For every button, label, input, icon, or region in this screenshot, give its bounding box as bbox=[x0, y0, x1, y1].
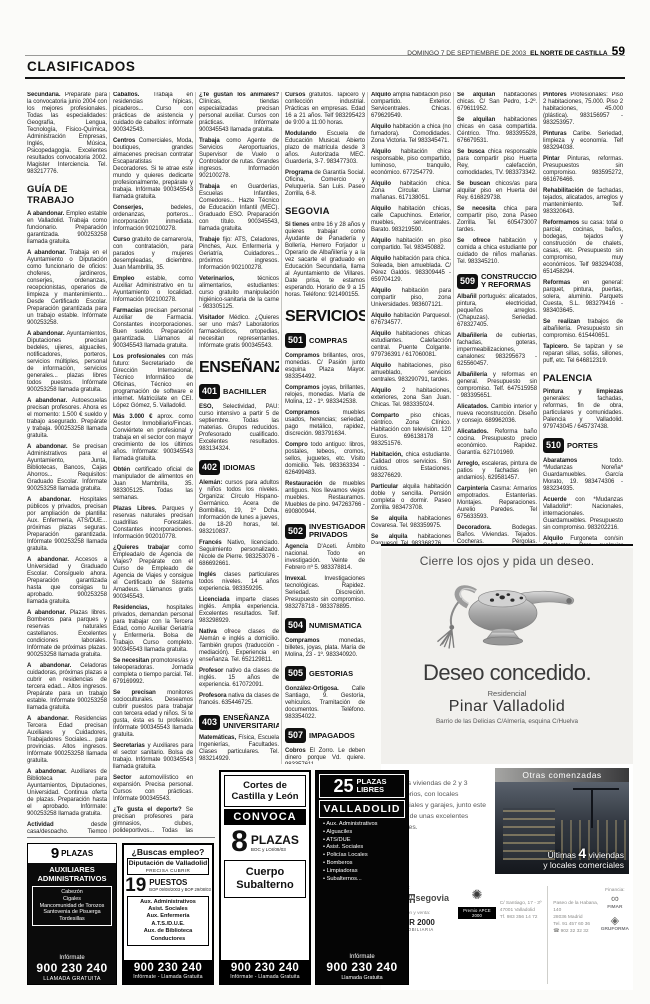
classified-ad: Farmacias precisan personal Auxiliar de … bbox=[113, 308, 193, 350]
ad1-count: 9 bbox=[51, 845, 59, 862]
gruforma-logo-icon: ◈ bbox=[601, 915, 629, 927]
ad-lead-word: A abandonar. bbox=[27, 557, 75, 563]
ad-lead-word: Particular bbox=[371, 484, 403, 490]
ad-lead-word: A abandonar. bbox=[27, 497, 79, 503]
ad-lead-word: ¿Te gusta el deporte? bbox=[113, 807, 186, 813]
ad-lead-word: Alquilo bbox=[371, 238, 396, 244]
ad-lead-word: Albañilería bbox=[457, 333, 496, 339]
address-line: Paseo de la Habana, 140 bbox=[553, 900, 600, 914]
job-ad-diputacion: ¿Buscas empleo? Diputación de Valladolid… bbox=[122, 843, 214, 985]
ad3-boc: BOC y LOI/09/03 bbox=[251, 847, 299, 852]
classified-ad: Rehabilitación de fachadas, tejados, ali… bbox=[543, 188, 623, 216]
job-ad-cortes: Cortes de Castilla y León CONVOCA 8 PLAZ… bbox=[219, 770, 311, 985]
column-rule bbox=[281, 92, 282, 764]
classified-ad: Se precisan monitores socioculturales. D… bbox=[113, 690, 193, 739]
position-item: Alguaciles bbox=[323, 829, 408, 837]
ad1-free-call: LLAMADA GRATUITA bbox=[28, 975, 116, 984]
ad-lead-word: Restauración bbox=[285, 481, 329, 487]
classified-column-4: Cursos gratuitos. Tapicero y confección … bbox=[285, 92, 365, 764]
ad-lead-word: A abandonar. bbox=[27, 716, 75, 722]
pinar-residencial-label: Residencial bbox=[381, 689, 633, 698]
category-badge-401: 401BACHILLER bbox=[199, 384, 279, 399]
ad-lead-word: Se precisan bbox=[113, 690, 167, 696]
ad-lead-word: Más 3.000 € bbox=[113, 414, 157, 420]
classified-ad: A abandonar. Trabaja en el Ayuntamiento … bbox=[27, 250, 107, 327]
ad-lead-word: A abandonar. bbox=[27, 211, 66, 217]
ad-lead-word: Alquilo bbox=[371, 256, 393, 262]
ad-lead-word: Se necesita bbox=[457, 206, 504, 212]
ad4-count: 25 bbox=[333, 777, 353, 795]
ad-lead-word: Compramos bbox=[285, 410, 343, 416]
position-item: Subalternos... bbox=[323, 876, 408, 884]
classified-ad: Alicatados. Cambio interior y nueva reco… bbox=[457, 404, 537, 425]
address-line: Tf. 983 356 14 72 bbox=[500, 914, 547, 921]
ad-lead-word: Alquilo bbox=[543, 536, 570, 542]
classified-ad: Licenciada imparte clases inglés. Amplia… bbox=[199, 597, 279, 625]
classified-ad: Albañilería y reformas en general. Presu… bbox=[457, 372, 537, 400]
ad-lead-word: Visitador bbox=[199, 315, 229, 321]
ad-lead-word: Alicatados. bbox=[457, 404, 491, 410]
classified-ad: Decoradora. Bodegas. Baños. Viviendas. T… bbox=[457, 525, 537, 544]
classified-ad: Trabaje fijo: ATS, Celadores, Pinches, A… bbox=[199, 237, 279, 272]
ad-lead-word: Arreglo, bbox=[457, 461, 482, 467]
classified-ad: Centros Comerciales, Moda, boutiques, gr… bbox=[113, 138, 193, 201]
ad-lead-word: Veterinarios, bbox=[199, 276, 257, 282]
position-item: Aux. Administrativos bbox=[128, 899, 208, 906]
classified-ad: Compramos joyas, brillantes, relojes, mo… bbox=[285, 385, 365, 406]
ad-lead-word: Secretarias bbox=[113, 743, 148, 749]
ad-lead-word: Se necesitan bbox=[113, 658, 151, 664]
fimar-logo-icon: ∞ bbox=[601, 893, 629, 905]
address-line: C/ Santiago, 17 - 3º bbox=[500, 900, 547, 907]
ad-lead-word: Albañilería bbox=[457, 372, 493, 378]
classified-ad: Alemán: cursos para adultos y niños todo… bbox=[199, 480, 279, 536]
ad-lead-word: Compramos bbox=[285, 638, 339, 644]
ad-lead-word: Decoradora. bbox=[457, 525, 512, 531]
category-badge-502: 502INVESTIGADORES PRIVADOS bbox=[285, 523, 365, 539]
classified-ad: Se alquilan habitaciones chicas. C/ San … bbox=[457, 92, 537, 113]
gruforma-name: GRUFORMA bbox=[601, 927, 629, 932]
newspaper-page: DOMINGO 7 DE SEPTIEMBRE DE 2003 EL NORTE… bbox=[0, 0, 650, 1004]
classified-ad: Habitación, chica estudiante. Calidad ot… bbox=[371, 452, 451, 480]
classified-ad: Conserjes, bedeles, ordenanzas, porteros… bbox=[113, 205, 193, 233]
ad-lead-word: Abaratamos bbox=[543, 458, 610, 464]
column-rule bbox=[539, 92, 540, 542]
ad-lead-word: Cursos bbox=[285, 92, 309, 98]
ad-lead-word: Comparto bbox=[371, 413, 410, 419]
classified-ad: A abandonar. Ayuntamientos, Diputaciones… bbox=[27, 331, 107, 394]
ad2-question: ¿Buscas empleo? bbox=[124, 845, 212, 858]
ad-lead-word: Cobros bbox=[285, 748, 310, 754]
ad-lead-word: Compramos bbox=[285, 385, 322, 391]
ad-lead-word: A abandonar. bbox=[27, 331, 66, 337]
classified-ad: Alquilo habitación para chica. Soleada, … bbox=[371, 256, 451, 284]
category-badge-501: 501COMPRAS bbox=[285, 333, 365, 348]
classified-column-7: Pintores Profesionales: Piso 2 habitacio… bbox=[543, 92, 623, 544]
classified-ad: Pintar Pinturas, reformas. Presupuestos … bbox=[543, 156, 623, 184]
ad-lead-word: Alicatados. bbox=[457, 429, 495, 435]
position-item: Conductores bbox=[128, 936, 208, 943]
classified-ad: Albañilería de cubiertas, fachadas, gote… bbox=[457, 333, 537, 368]
classified-ad: Secretarias y Auxiliares para el sector … bbox=[113, 743, 193, 771]
classified-ad: A abandonar. Celadoras cuidadoras, próxi… bbox=[27, 663, 107, 712]
ad-lead-word: Rehabilitación bbox=[543, 188, 587, 194]
classified-ad: Visitador Médico. ¿Quieres ser uno más? … bbox=[199, 315, 279, 350]
classified-ad: A abandonar. Hospitales públicos y priva… bbox=[27, 497, 107, 553]
classified-ad: Invexal. Investigaciones tecnológicas. R… bbox=[285, 576, 365, 611]
pinar-ad-top-rule bbox=[381, 544, 633, 546]
ad-lead-word: Se realizan bbox=[543, 319, 588, 325]
ad-lead-word: ESO, bbox=[199, 404, 223, 410]
ad-lead-word: Alquilo bbox=[371, 181, 400, 187]
caption-pre: Últimas bbox=[548, 850, 576, 860]
category-number: 401 bbox=[199, 384, 220, 399]
classified-column-6: Se alquilan habitaciones chicas. C/ San … bbox=[457, 92, 537, 544]
ad-lead-word: Matemáticas, bbox=[199, 735, 238, 741]
classified-ad: Alquilo habitación en piso compartido. T… bbox=[371, 238, 451, 252]
position-item: Limpiadoras bbox=[323, 868, 408, 876]
pinar-logos-row: Promueve: caja segovia Información y ven… bbox=[381, 880, 633, 984]
classified-ad: ESO, Selectividad, PAU: curso intensivo … bbox=[199, 404, 279, 453]
ad1-title: AUXILIARES ADMINISTRATIVOS bbox=[28, 863, 116, 885]
ad-lead-word: Secundaria. bbox=[27, 92, 65, 98]
valladolid-address: C/ Santiago, 17 - 3º47001 ValladolidTf. … bbox=[496, 886, 547, 984]
classified-ad: Agencia D'Aceti. Ámbito nacional. Todo e… bbox=[285, 544, 365, 572]
page-title: CLASIFICADOS bbox=[27, 59, 135, 74]
ad-lead-word: Acuerde bbox=[543, 497, 575, 503]
ad-lead-word: Modulando bbox=[285, 131, 327, 137]
classified-ad: Alquilo habitación a chica (no fumadora)… bbox=[371, 124, 451, 145]
ad4-city: VALLADOLID bbox=[319, 800, 405, 818]
classified-ad: Obtén certificado oficial de manipulador… bbox=[113, 467, 193, 502]
category-number: 504 bbox=[285, 618, 306, 633]
town-item: Mancomunidad de Torozos bbox=[34, 903, 110, 910]
ad-lead-word: Alemán: bbox=[199, 480, 225, 486]
classified-ad: Restauración de muebles antiguos. Nos ll… bbox=[285, 481, 365, 516]
classified-ad: Comparto piso chicas, céntrico. Zona Clí… bbox=[371, 413, 451, 448]
ad-lead-word: A abandonar. bbox=[27, 769, 71, 775]
ad-lead-word: Alquilo bbox=[371, 124, 393, 130]
pinar-ad-top-section: Cierre los ojos y pida un deseo. bbox=[381, 548, 633, 764]
category-badge-403: 403ENSEÑANZA UNIVERSITARIA bbox=[199, 714, 279, 730]
classified-ad: Residencias, hospitales privados, demand… bbox=[113, 605, 193, 654]
address-line: ☎ 902 32 32 32 bbox=[553, 928, 600, 935]
classified-ad: Se realizan trabajos de albañilería. Pre… bbox=[543, 319, 623, 340]
section-header-segovia: SEGOVIA bbox=[285, 206, 365, 217]
ad-lead-word: Compramos bbox=[285, 353, 323, 359]
classified-ad: Se buscan chicos/as para alquilar piso e… bbox=[457, 181, 537, 202]
classified-ad: Compramos brillantes, oros, monedas. C/ … bbox=[285, 353, 365, 381]
category-badge-509: 509CONSTRUCCIONES Y REFORMAS bbox=[457, 273, 537, 289]
section-header-palencia: PALENCIA bbox=[543, 373, 623, 384]
position-item: Asist. Sociales bbox=[128, 906, 208, 913]
classified-ad: Alquilo habitación para compartir piso, … bbox=[371, 288, 451, 309]
position-item: ATS/DUE bbox=[323, 837, 408, 845]
classified-ad: Reformamos su casa: total o parcial, coc… bbox=[543, 220, 623, 276]
classified-ad: Francés Nativo, licenciado. Seguimiento … bbox=[199, 540, 279, 568]
address-line: Tel. 91 457 60 36 bbox=[553, 921, 600, 928]
masthead-rule-top bbox=[25, 55, 625, 56]
category-badge-504: 504NUMISMATICA bbox=[285, 618, 365, 633]
award-label: Premio APCE 2000 bbox=[458, 907, 496, 919]
position-item: Bomberos bbox=[323, 860, 408, 868]
classified-ad: Acuerde con *Mudanzas Valladolid*: Nacio… bbox=[543, 497, 623, 532]
ad4-free-call: Llamada Gratuita bbox=[316, 974, 408, 984]
classified-ad: Trabaja como Agente de Servicios Aeropor… bbox=[199, 138, 279, 180]
ad-lead-word: Compro bbox=[285, 442, 311, 448]
ad-lead-word: Se busca bbox=[457, 149, 488, 155]
classified-ad: Alquilo habitación chicas, calle Capuchi… bbox=[371, 206, 451, 234]
classified-ad: A abandonar. Empleo estable en Valladoli… bbox=[27, 211, 107, 246]
ad-lead-word: Pintar bbox=[543, 156, 567, 162]
classified-ad: Arreglo, escaleras, pintura de patios y … bbox=[457, 461, 537, 482]
classified-ad: Alquilo amplia habitación piso compartid… bbox=[371, 92, 451, 120]
ad-lead-word: Obtén bbox=[113, 467, 135, 473]
job-ad-25-plazas: 25 PLAZAS LIBRES VALLADOLID Aux. Adminis… bbox=[315, 770, 409, 985]
ad-lead-word: Alquilo bbox=[371, 92, 393, 98]
ad-lead-word: Tapicero. bbox=[543, 344, 573, 350]
classified-ad: Se necesita chica para compartir piso, z… bbox=[457, 206, 537, 234]
category-number: 505 bbox=[285, 666, 306, 681]
category-label: GESTORIAS bbox=[309, 670, 353, 678]
category-number: 402 bbox=[199, 460, 220, 475]
photo-caption: Últimas 4 viviendas y locales comerciale… bbox=[543, 849, 624, 870]
section-header-enseñanza: ENSEÑANZA bbox=[199, 359, 279, 377]
genie-lamp-image bbox=[432, 568, 582, 654]
ad-lead-word: Alquilo bbox=[371, 206, 398, 212]
ad3-free-call: Infórmate - Llamada Gratuita bbox=[221, 974, 309, 980]
ad-lead-word: Plazas Libres. bbox=[113, 506, 162, 512]
category-label: BACHILLER bbox=[223, 388, 266, 396]
ad-lead-word: Farmacias bbox=[113, 308, 145, 314]
ad1-count-label: PLAZAS bbox=[61, 849, 93, 858]
category-label: CONSTRUCCIONES Y REFORMAS bbox=[481, 273, 537, 289]
classified-ad: Cobros El Zorro. Le deben dinero porque … bbox=[285, 748, 365, 764]
classified-ad: Se ofrece habitación y comida a chica es… bbox=[457, 238, 537, 266]
ad2-footer: 900 230 240 Infórmate - Llamada Gratuita bbox=[124, 960, 212, 983]
pinar-headline: Cierre los ojos y pida un deseo. bbox=[381, 554, 633, 568]
category-badge-510: 510PORTES bbox=[543, 438, 623, 453]
others-started-label: Otras comenzadas bbox=[495, 768, 629, 782]
ad3-count-row: 8 PLAZAS BOC y LOI/09/03 bbox=[221, 825, 309, 858]
section-header-servicios: SERVICIOS bbox=[285, 308, 365, 326]
classified-ad: Alquilo 2 habitaciones, exteriores, zona… bbox=[371, 388, 451, 409]
pinar-wish-text: Deseo concedido. bbox=[381, 660, 633, 686]
ad4-position-list: Aux. AdministrativosAlguacilesATS/DUEAsi… bbox=[316, 818, 408, 883]
pinar-location: Barrio de las Delicias C/Almería, esquin… bbox=[381, 718, 633, 725]
classified-ad: Particular alquila habitación doble y se… bbox=[371, 484, 451, 512]
ad-lead-word: Sector bbox=[113, 775, 139, 781]
ad3-body: Cuerpo Subalterno bbox=[224, 860, 306, 898]
position-item: A.T.S./D.U.E. bbox=[128, 921, 208, 928]
classified-ad: Abaratamos todo. *Mudanzas Noreña* Guard… bbox=[543, 458, 623, 493]
classified-column-5: Alquilo amplia habitación piso compartid… bbox=[371, 92, 451, 544]
ad-lead-word: Se buscan bbox=[457, 181, 495, 187]
classified-ad: Reformas en general: parquet, pintura, p… bbox=[543, 280, 623, 315]
address-line: 28036 Madrid bbox=[553, 914, 600, 921]
classified-ad: ¿Quieres trabajar como Empleada/o de Age… bbox=[113, 545, 193, 601]
building-photo: Últimas 4 viviendas y locales comerciale… bbox=[495, 782, 629, 874]
classified-ad: ¿Te gusta el deporte? Se precisan profes… bbox=[113, 807, 193, 833]
classified-ad: Profesora nativa da clases de francés. 6… bbox=[199, 693, 279, 707]
classified-ad: Se necesitan promotores/as y teleoperado… bbox=[113, 658, 193, 686]
ad-lead-word: Inglés bbox=[199, 572, 224, 578]
ad-lead-word: Curso bbox=[113, 237, 132, 243]
ad-lead-word: Se alquilan bbox=[457, 117, 504, 123]
ad-lead-word: Trabaje bbox=[199, 237, 223, 243]
column-rule bbox=[109, 92, 110, 833]
ad-lead-word: Actividad bbox=[27, 822, 91, 828]
classified-ad: Veterinarios, técnicos alimentarios, est… bbox=[199, 276, 279, 311]
ad-lead-word: Conserjes, bbox=[113, 205, 171, 211]
award-block: ✺ Premio APCE 2000 bbox=[458, 886, 496, 984]
ad-lead-word: González-Ortigosa. bbox=[285, 686, 352, 692]
classified-ad: Se alquila habitaciones Covaresa. Tel. 9… bbox=[371, 516, 451, 530]
ad-lead-word: Alquilo bbox=[371, 363, 398, 369]
classified-ad: Más 3.000 € aprox. como Gestor Inmobilia… bbox=[113, 414, 193, 463]
ad-lead-word: Residencias, bbox=[113, 605, 166, 611]
category-badge-505: 505GESTORIAS bbox=[285, 666, 365, 681]
pinar-name: Pinar Valladolid bbox=[381, 698, 633, 716]
ad-lead-word: A abandonar. bbox=[27, 610, 70, 616]
ad2-count: 19 bbox=[125, 876, 146, 895]
ad-lead-word: A abandonar. bbox=[27, 398, 72, 404]
ad-lead-word: ¿Quieres trabajar bbox=[113, 545, 179, 551]
classified-ad: Los profesionales con más futuro: Secret… bbox=[113, 354, 193, 410]
classified-ad: Caballos. Trabaja en residencias hípicas… bbox=[113, 92, 193, 134]
classified-ad: Se alquila habitaciones Parquesol. Tel. … bbox=[371, 534, 451, 544]
classified-ad: Trabaja en Guarderías, Escuelas Infantil… bbox=[199, 184, 279, 233]
ad-lead-word: Pintura y limpiezas bbox=[543, 389, 623, 395]
ad-lead-word: Los profesionales bbox=[113, 354, 169, 360]
ad3-count: 8 bbox=[231, 827, 248, 857]
classified-ad: Empleo estable, como Auxiliar Administra… bbox=[113, 276, 193, 304]
ads-separator-rule bbox=[27, 837, 215, 838]
position-item: Aux. Administrativos bbox=[323, 821, 408, 829]
pinar-valladolid-ad: Cierre los ojos y pida un deseo. bbox=[381, 548, 633, 990]
classified-ad: Secundaria. Prepárate para la convocator… bbox=[27, 92, 107, 176]
ad-lead-word: Se alquila bbox=[371, 516, 418, 522]
ad2-count-row: 19 PUESTOS BOP 09/08/2003 y BOP 29/08/03 bbox=[124, 875, 212, 896]
ad-lead-word: Caballos. bbox=[113, 92, 153, 98]
ad-lead-word: Se alquila bbox=[371, 534, 418, 540]
category-number: 501 bbox=[285, 333, 306, 348]
column-rule bbox=[195, 92, 196, 764]
classified-ad: Actividad desde casa/despacho. Tiempo pa… bbox=[27, 822, 107, 833]
category-badge-402: 402IDIOMAS bbox=[199, 460, 279, 475]
ad-lead-word: Licenciada bbox=[199, 597, 236, 603]
ad-lead-word: Carpintería bbox=[457, 486, 491, 492]
category-badge-507: 507IMPAGADOS bbox=[285, 728, 365, 743]
ad3-phone: 900 230 240 bbox=[221, 962, 309, 974]
classified-column-2: Caballos. Trabaja en residencias hípicas… bbox=[113, 92, 193, 833]
column-rule bbox=[453, 92, 454, 542]
ad-lead-word: Pintores bbox=[543, 92, 570, 98]
segovia-text: segovia bbox=[416, 893, 450, 903]
position-item: Policías Locales bbox=[323, 852, 408, 860]
classified-ad: Compramos monedas, billetes, joyas, plat… bbox=[285, 638, 365, 659]
ad-lead-word: Trabaja bbox=[199, 138, 226, 144]
town-item: Santovenia de Pisuerga bbox=[34, 909, 110, 916]
category-label: PORTES bbox=[567, 442, 598, 450]
classified-ad: Si tienes entre 16 y 28 años y quieres t… bbox=[285, 222, 365, 299]
ad-lead-word: Alquilo bbox=[371, 313, 393, 319]
ad2-org: Diputación de Valladolid bbox=[128, 860, 208, 868]
classified-ad: Matemáticas, Física, Escuela Ingenierías… bbox=[199, 735, 279, 763]
ad-lead-word: Se alquilan bbox=[457, 92, 504, 98]
classified-ad: Alquilo habitaciones chicas estudiantes.… bbox=[371, 331, 451, 359]
town-item: Cigales bbox=[34, 896, 110, 903]
classified-ad: Se busca chica responsable para comparti… bbox=[457, 149, 537, 177]
category-label: IMPAGADOS bbox=[309, 732, 355, 740]
classified-ad: Pinturas Caribe. Seriedad, limpieza y ec… bbox=[543, 131, 623, 152]
ad1-town-list: CabezónCigalesMancomunidad de TorozosSan… bbox=[32, 886, 112, 926]
category-number: 502 bbox=[285, 524, 306, 539]
ad3-convoca: CONVOCA bbox=[224, 809, 306, 825]
ad3-org: Cortes de Castilla y León bbox=[224, 775, 306, 807]
ad-lead-word: Profesora bbox=[199, 693, 228, 699]
ad1-phone: 900 230 240 bbox=[28, 961, 116, 975]
ad-lead-word: Reformas bbox=[543, 280, 583, 286]
ad-lead-word: Habitación, bbox=[371, 452, 406, 458]
financing-block: Financia: ∞ FIMAR ◈ GRUFORMA bbox=[601, 886, 629, 984]
classified-ad: A abandonar. Residencias Tercera Edad pr… bbox=[27, 716, 107, 765]
ad-lead-word: Alquilo bbox=[371, 331, 396, 337]
category-label: NUMISMATICA bbox=[309, 622, 362, 630]
ad-lead-word: ¿Te gustan los animales? bbox=[199, 92, 279, 98]
ad2-count-label: PUESTOS bbox=[149, 878, 211, 887]
madrid-address: Paseo de la Habana, 14028036 MadridTel. … bbox=[547, 886, 600, 984]
ad2-org-box: Diputación de Valladolid PRECISA CUBRIR bbox=[127, 858, 209, 875]
ad-lead-word: Pinturas bbox=[543, 131, 573, 137]
ad2-position-list: Aux. AdministrativosAsist. SocialesAux. … bbox=[127, 896, 209, 946]
ad-lead-word: Invexal. bbox=[285, 576, 324, 582]
category-number: 510 bbox=[543, 438, 564, 453]
ad2-phone: 900 230 240 bbox=[124, 962, 212, 974]
town-item: Cabezón bbox=[34, 889, 110, 896]
ad-lead-word: Alquilo bbox=[371, 288, 402, 294]
ad-lead-word: Si tienes bbox=[285, 222, 311, 228]
ad-lead-word: Profesor bbox=[199, 668, 226, 674]
classified-ad: Alquilo Furgoneta con/sin Conductor. Par… bbox=[543, 536, 623, 544]
classified-ad: A abandonar. Accesos a Universidad y Gra… bbox=[27, 557, 107, 606]
pinar-ad-middle-section: Amplias viviendas de 2 y 3 dormitorios, … bbox=[381, 764, 633, 880]
classified-ad: Cursos gratuitos. Tapicero y confección … bbox=[285, 92, 365, 127]
category-number: 507 bbox=[285, 728, 306, 743]
ad-lead-word: A abandonar. bbox=[27, 250, 69, 256]
pinar-photo-box: Otras comenzadas Últimas 4 viviendas y l… bbox=[495, 768, 629, 880]
classified-ad: Alquilo habitación Parquesol. 676734577. bbox=[371, 313, 451, 327]
ad2-bop: BOP 09/08/2003 y BOP 29/08/03 bbox=[149, 887, 211, 892]
masthead-rule-bottom bbox=[25, 77, 625, 79]
town-item: Tordesillas bbox=[34, 916, 110, 923]
address-line: 47001 Valladolid bbox=[500, 907, 547, 914]
ad-lead-word: Reformamos bbox=[543, 220, 581, 226]
ad-lead-word: Programa bbox=[285, 170, 314, 176]
award-icon: ✺ bbox=[472, 887, 483, 902]
ad-lead-word: Alquilo bbox=[371, 149, 401, 155]
ad2-precisa: PRECISA CUBRIR bbox=[128, 868, 208, 873]
category-label: COMPRAS bbox=[309, 337, 347, 345]
column-rule bbox=[367, 92, 368, 542]
ad-lead-word: Nativa bbox=[199, 629, 224, 635]
ad1-count-row: 9 PLAZAS bbox=[28, 844, 116, 863]
classified-ad: Programa de Garantía Social. Oficina, Co… bbox=[285, 170, 365, 198]
ad4-phone: 900 230 240 bbox=[316, 960, 408, 974]
classified-ad: Carpintería Casma: Armarios empotrados. … bbox=[457, 486, 537, 521]
position-item: Asist. Sociales bbox=[323, 844, 408, 852]
ad-lead-word: Se ofrece bbox=[457, 238, 499, 244]
